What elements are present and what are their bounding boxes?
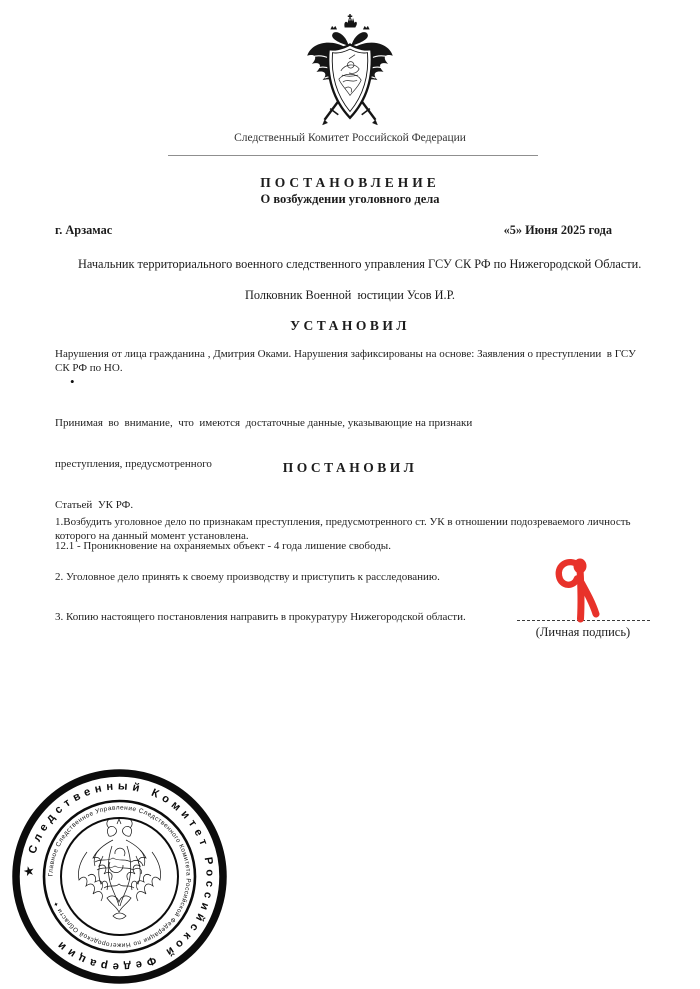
handwritten-signature-mark [546, 556, 600, 626]
officer-line: Полковник Военной юстиции Усов И.Р. [0, 288, 700, 303]
heading-ustanovil: УСТАНОВИЛ [0, 318, 700, 334]
stamp-eagle-sketch [78, 819, 160, 919]
official-stamp: ★ Следственный Комитет Российской Федера… [9, 766, 230, 987]
stamp-inner-text: Главное Следственное Управление Следстве… [47, 804, 191, 948]
doc-subtitle: О возбуждении уголовного дела [0, 192, 700, 207]
signature-caption: (Личная подпись) [512, 625, 654, 640]
svg-text:Главное Следственное Управлени: Главное Следственное Управление Следстве… [47, 804, 191, 948]
date-label: «5» Июня 2025 года [504, 223, 612, 238]
intro-paragraph: Начальник территориального военного след… [55, 257, 647, 272]
violations-paragraph: Нарушения от лица гражданина , Дмитрия О… [55, 348, 648, 375]
document-page: Следственный Комитет Российской Федераци… [0, 0, 700, 989]
investigative-committee-emblem-icon [300, 14, 400, 130]
grounds-line: Принимая во внимание, что имеются достат… [55, 417, 648, 431]
header-divider [168, 155, 538, 156]
bullet-marker: • [70, 374, 75, 390]
ruling-item: 1.Возбудить уголовное дело по признакам … [55, 516, 648, 543]
place-date-row: г. Арзамас «5» Июня 2025 года [55, 223, 612, 238]
heading-postanovil: ПОСТАНОВИЛ [0, 460, 700, 476]
place-label: г. Арзамас [55, 223, 112, 238]
org-name: Следственный Комитет Российской Федераци… [0, 132, 700, 144]
doc-title: ПОСТАНОВЛЕНИЕ [0, 175, 700, 191]
